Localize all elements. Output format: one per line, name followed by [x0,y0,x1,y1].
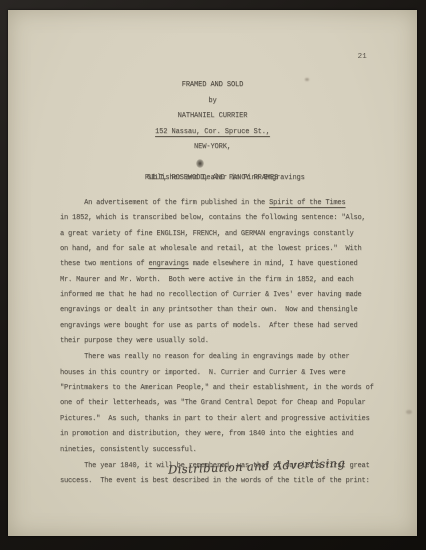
byline: by [8,94,417,110]
paper-speck [406,410,412,414]
typed-line: on hand, and for sale at wholesale and r… [60,242,389,257]
ink-blot [196,159,204,168]
typed-line: An advertisement of the firm published i… [60,196,389,211]
typed-line: informed me that he had no recollection … [60,288,389,303]
typed-line: engravings were bought for use as parts … [60,319,389,334]
typescript-page: 21 FRAMED AND SOLD by NATHANIEL CURRIER … [8,10,417,536]
frames-line: GILT, ROSEWOOD, AND FANCY FRAMES [8,171,417,187]
document-body: An advertisement of the firm published i… [60,196,389,491]
occupation-line-wrap: Publisher and Dealer in Fine Engravings [8,156,417,172]
typed-line: in promotion and distribution, they were… [60,427,389,442]
address-line: 152 Nassau, Cor. Spruce St., [8,125,417,141]
typed-line: Mr. Maurer and Mr. Worth. Both were acti… [60,273,389,288]
city-line: NEW-YORK, [8,140,417,156]
title-block: FRAMED AND SOLD by NATHANIEL CURRIER 152… [8,78,417,187]
typed-line: one of their letterheads, was "The Grand… [60,396,389,411]
page-number: 21 [358,53,367,61]
typed-line: these two mentions of engravings made el… [60,257,389,272]
typed-line: a great variety of fine ENGLISH, FRENCH,… [60,227,389,242]
typed-line: success. The event is best described in … [60,474,389,489]
typed-line: in 1852, which is transcribed below, con… [60,211,389,226]
paragraph-2: There was really no reason for dealing i… [60,350,389,457]
author-name: NATHANIEL CURRIER [8,109,417,125]
document-title: FRAMED AND SOLD [8,78,417,94]
paragraph-1: An advertisement of the firm published i… [60,196,389,349]
typed-line: Pictures." As such, thanks in part to th… [60,412,389,427]
typed-line: There was really no reason for dealing i… [60,350,389,365]
typed-line: their purpose they were usually sold. [60,334,389,349]
typed-line: "Printmakers to the American People," an… [60,381,389,396]
typed-line: houses in this country or imported. N. C… [60,366,389,381]
typed-line: engravings or dealt in any printsother t… [60,303,389,318]
paper-speck [305,78,309,81]
